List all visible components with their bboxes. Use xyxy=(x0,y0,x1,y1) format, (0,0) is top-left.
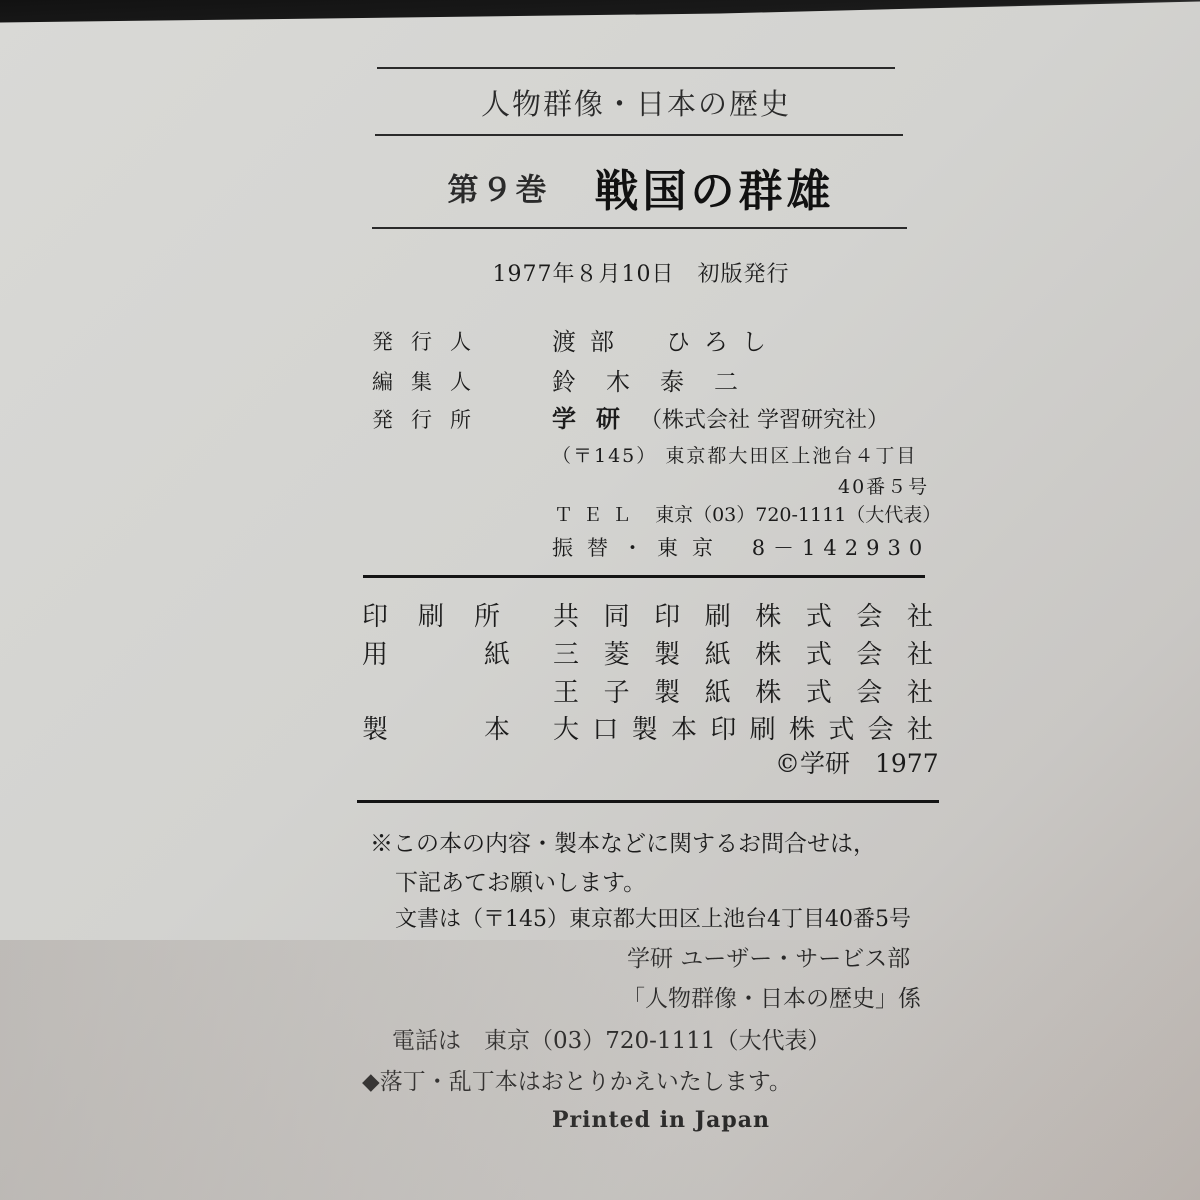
mail-address: 文書は（〒145）東京都大田区上池台4丁目40番5号 xyxy=(395,902,911,933)
credit-value: 渡部 ひろし xyxy=(552,322,780,357)
tel-line: ＴＥＬ 東京（03）720-1111（大代表） xyxy=(554,500,941,527)
production-label: 製 本 xyxy=(362,709,545,746)
production-label: 印刷所 xyxy=(362,596,530,633)
credit-publisher: 発行所 xyxy=(372,404,489,434)
tel-value: 東京（03）720-1111（大代表） xyxy=(655,504,941,526)
volume-title: 戦国の群雄 xyxy=(595,166,835,217)
credit-value: 学研（株式会社 学習研究社） xyxy=(552,399,889,434)
inquiry-line2: 下記あてお願いします。 xyxy=(395,864,646,897)
rule-series-bottom xyxy=(375,134,903,136)
production-value: 共同印刷株式会社 xyxy=(553,596,933,633)
postal-code: （〒145） xyxy=(552,445,657,467)
inquiry-line1: ※この本の内容・製本などに関するお問合せは， xyxy=(370,825,876,858)
rule-top xyxy=(377,67,895,69)
rule-production-top xyxy=(363,575,925,578)
production-value: 大口製本印刷株式会社 xyxy=(553,709,933,746)
publication-date: 1977年８月10日 初版発行 xyxy=(376,257,906,288)
copyright: ©学研 1977 xyxy=(775,744,939,780)
volume-heading: 第９巻 戦国の群雄 xyxy=(376,155,906,219)
colophon-page: 人物群像・日本の歴史 第９巻 戦国の群雄 1977年８月10日 初版発行 発行人… xyxy=(0,0,1200,1200)
phone-line: 電話は 東京（03）720-1111（大代表） xyxy=(392,1022,830,1055)
credit-label: 編集人 xyxy=(372,370,489,394)
address-line1: （〒145） 東京都大田区上池台４丁目 xyxy=(552,441,917,468)
credit-publisher-person: 発行人 xyxy=(372,326,489,356)
credit-editor: 編集人 xyxy=(372,366,489,396)
furikae-label: 振替・東京 xyxy=(552,536,727,560)
series-title: 人物群像・日本の歴史 xyxy=(376,82,896,123)
credit-label: 発行人 xyxy=(372,330,489,354)
publisher-brand: 学研 xyxy=(552,405,640,433)
furikae-line: 振替・東京 8－142930 xyxy=(552,532,930,562)
production-label: 用 紙 xyxy=(362,634,545,671)
series-section: 「人物群像・日本の歴史」係 xyxy=(622,980,921,1013)
photo-shadow-top xyxy=(0,0,1200,30)
tel-label: ＴＥＬ xyxy=(554,504,641,526)
production-value: 王子製紙株式会社 xyxy=(553,672,933,709)
replacement-notice: ◆落丁・乱丁本はおとりかえいたします。 xyxy=(362,1063,792,1096)
user-service-dept: 学研 ユーザー・サービス部 xyxy=(627,940,910,973)
rule-notes-top xyxy=(357,800,939,803)
production-value: 三菱製紙株式会社 xyxy=(553,634,933,671)
publisher-company: （株式会社 学習研究社） xyxy=(640,408,889,433)
credit-value: 鈴木泰二 xyxy=(552,362,768,397)
furikae-value: 8－142930 xyxy=(752,536,931,560)
address-line2: 40番５号 xyxy=(838,472,929,499)
printed-in-japan: Printed in Japan xyxy=(552,1107,770,1133)
credit-label: 発行所 xyxy=(372,408,489,432)
rule-volume-bottom xyxy=(372,227,907,229)
address-text: 東京都大田区上池台４丁目 xyxy=(665,445,917,467)
volume-number: 第９巻 xyxy=(447,173,549,209)
